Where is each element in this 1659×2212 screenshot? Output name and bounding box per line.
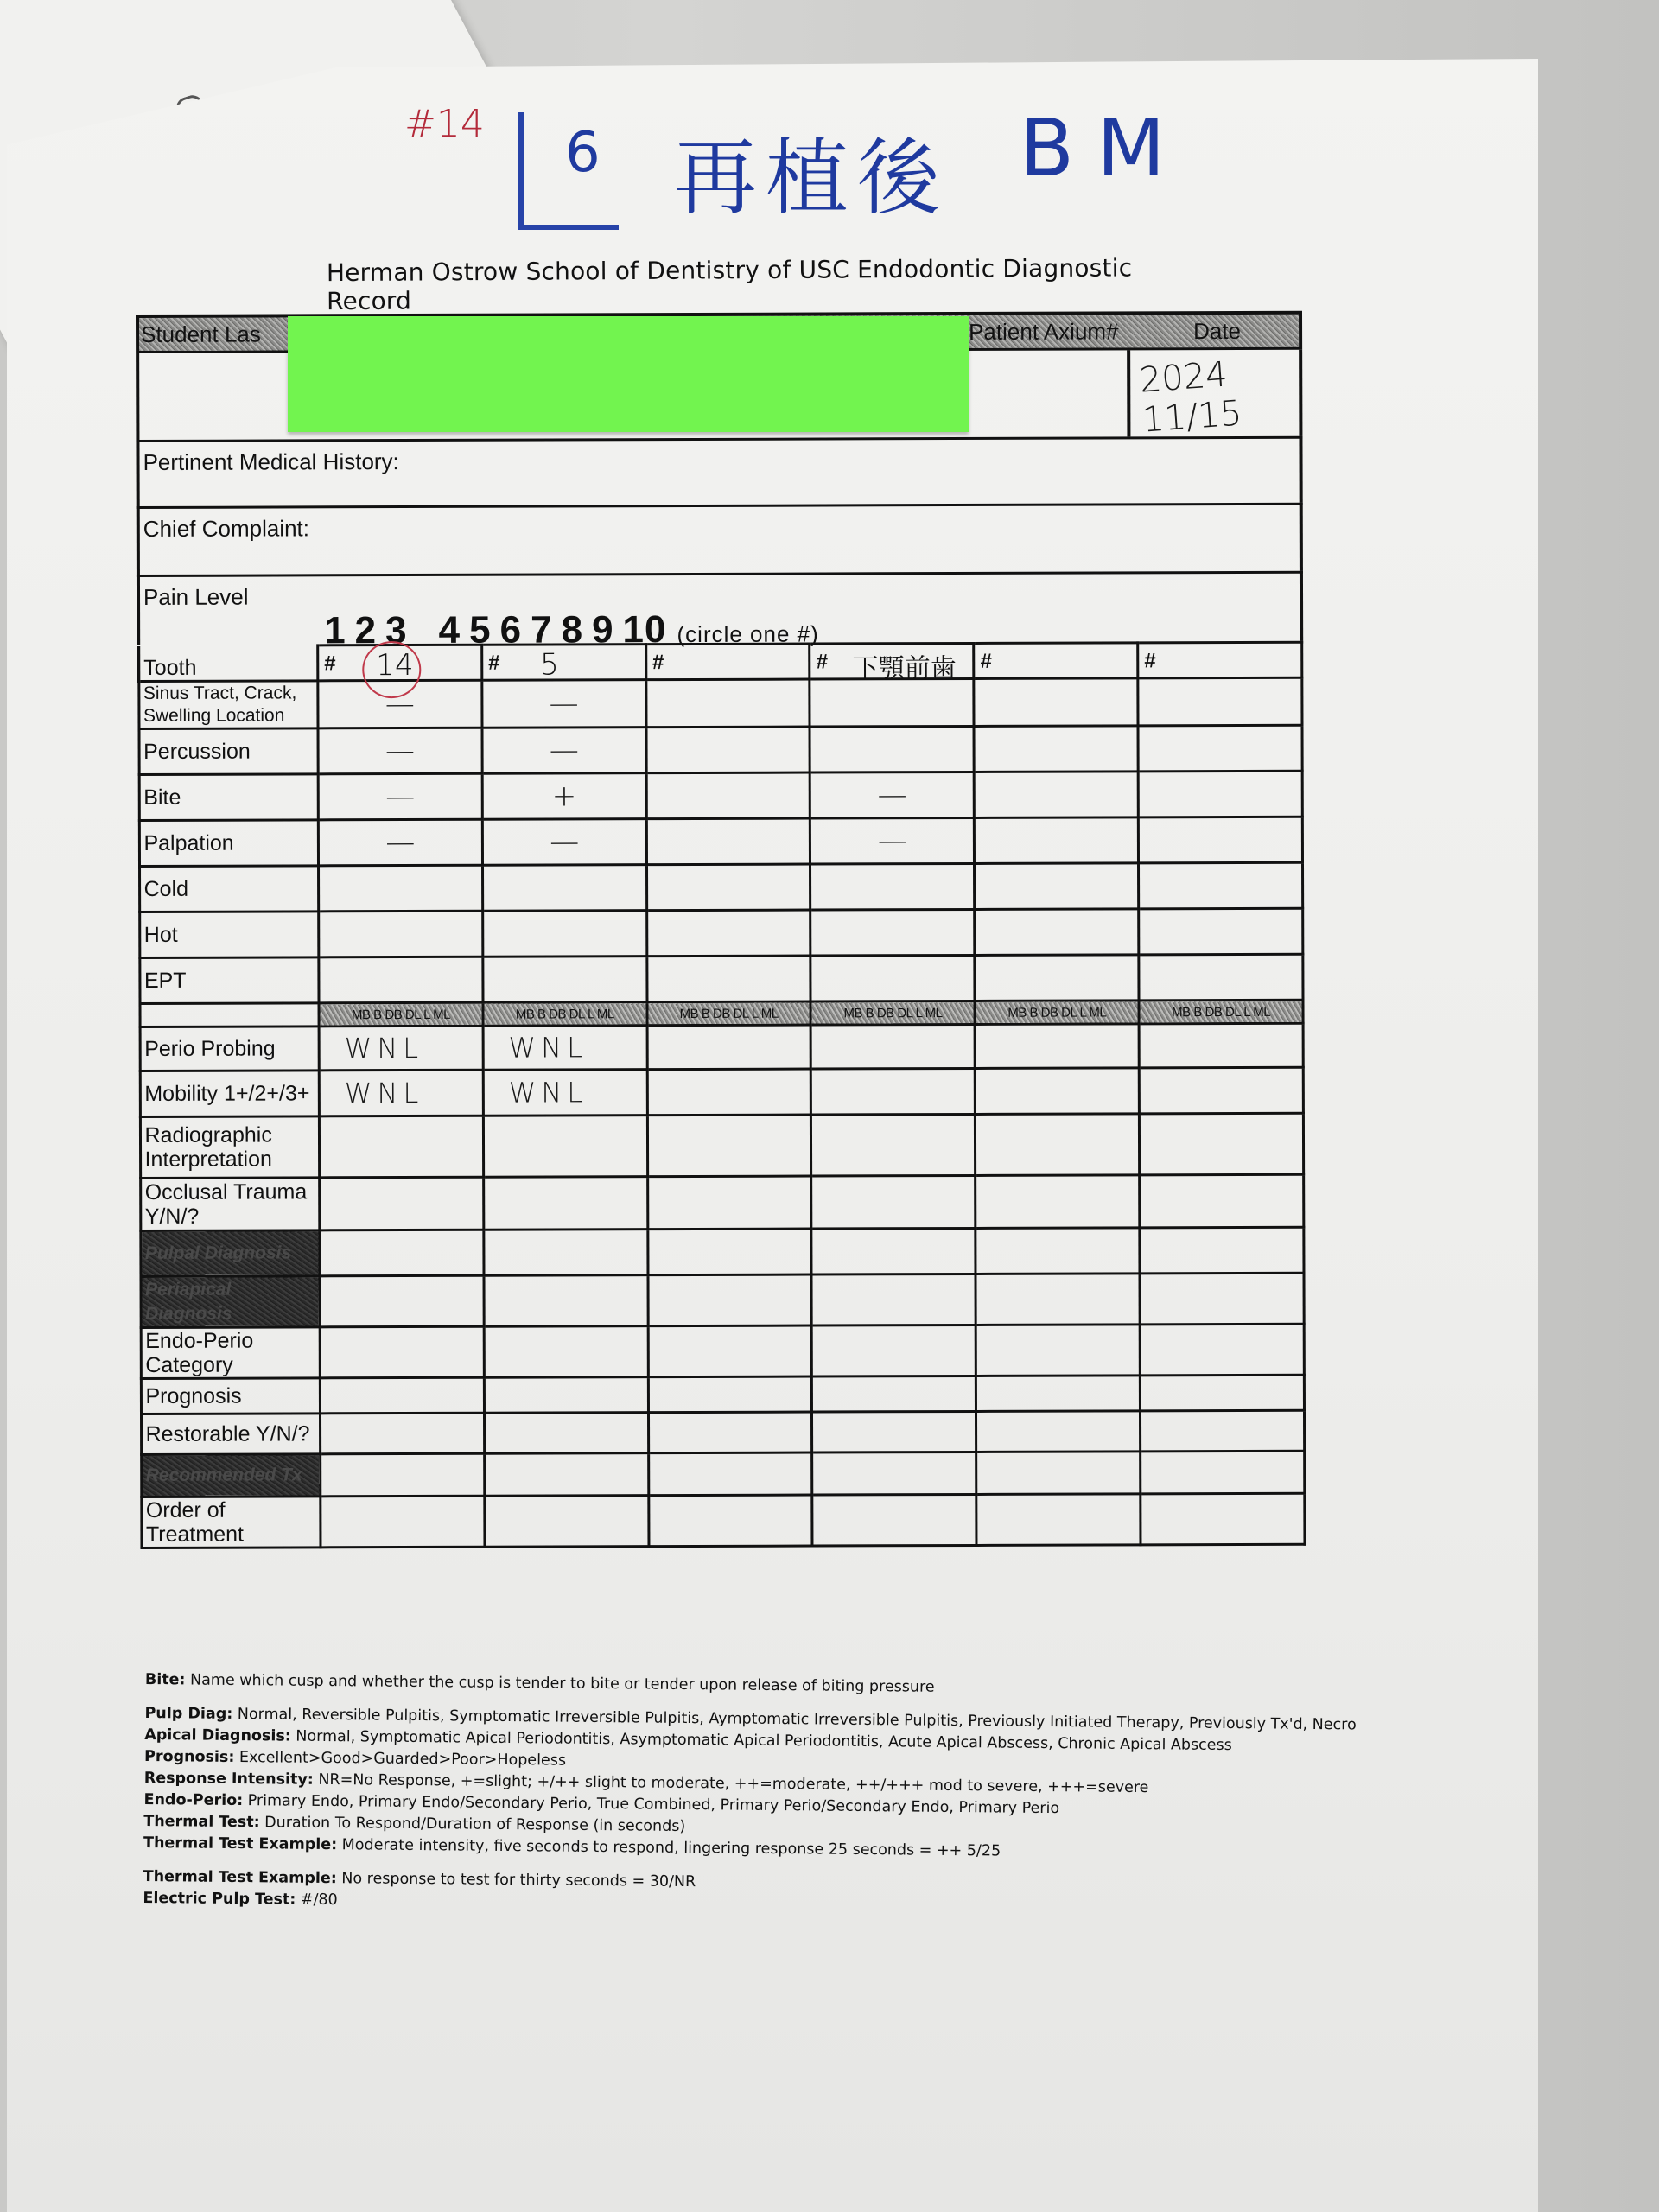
data-cell[interactable] [975,909,1139,956]
data-cell[interactable] [976,1325,1140,1376]
cell-value [650,1474,811,1475]
cell-value [321,1352,483,1353]
probing-sites-row: MB B DB DL L MLMB B DB DL L MLMB B DB DL… [140,1000,1304,1027]
cell-value [811,702,973,703]
tooth-row: Tooth#14#5##下顎前歯## [138,642,1302,681]
cell-value [648,842,810,842]
cell-value [649,1300,810,1301]
data-cell[interactable] [811,1274,976,1325]
data-cell[interactable] [812,1325,976,1376]
cell-value [977,1201,1139,1202]
data-cell[interactable] [1141,1493,1305,1545]
tooth-number-cell[interactable]: # [1138,642,1302,678]
data-cell[interactable] [812,1376,976,1412]
data-cell[interactable] [976,1376,1141,1412]
data-cell[interactable] [648,1452,812,1496]
cell-value [648,933,810,934]
data-cell[interactable]: — [318,728,482,774]
cell-value: — [320,825,481,861]
data-cell[interactable] [811,1228,976,1274]
cell-value: — [320,779,481,815]
data-cell[interactable]: WNL [319,1026,483,1071]
data-cell[interactable] [975,863,1139,910]
legend-notes: Bite: Name which cusp and whether the cu… [143,1671,1320,1923]
data-cell[interactable] [1138,725,1302,772]
cell-value [977,1350,1139,1351]
table-row: Mobility 1+/2+/3+WNLWNL [140,1067,1304,1116]
row-label: Hot [139,912,319,958]
data-cell[interactable] [319,865,483,912]
data-cell[interactable] [811,1114,976,1176]
cell-value [976,1144,1138,1145]
data-cell[interactable] [1139,908,1303,955]
data-cell[interactable] [1138,677,1302,726]
medical-history-label: Pertinent Medical History: [143,448,398,476]
cell-value [978,1519,1140,1520]
data-cell[interactable]: — [482,728,646,774]
cell-value [486,1433,647,1433]
cell-value [648,1047,810,1048]
cell-value [813,1202,975,1203]
tooth-number-cell[interactable]: # [645,644,810,680]
legend-text: No response to test for thirty seconds =… [337,1870,696,1891]
data-cell[interactable] [976,1114,1140,1176]
document-title: Herman Ostrow School of Dentistry of USC… [327,253,1217,315]
data-cell[interactable]: — [318,819,482,866]
table-row: Sinus Tract, Crack, Swelling Location—— [138,677,1302,728]
row-label: Radiographic Interpretation [140,1116,320,1179]
cell-value [321,1301,483,1302]
data-cell[interactable] [811,1175,976,1229]
row-label: Cold [139,866,319,912]
data-cell[interactable] [483,957,647,1003]
cell-value [1141,1046,1302,1046]
data-cell[interactable]: — [810,817,975,864]
cell-value [977,1431,1139,1432]
row-label: Prognosis [141,1378,321,1414]
data-cell[interactable] [320,1275,484,1327]
cell-value [321,1475,483,1476]
cell-value [813,1145,975,1146]
data-cell[interactable] [974,726,1138,772]
data-cell[interactable] [646,864,810,911]
cell-value [976,748,1137,749]
cell-value [1141,1250,1303,1251]
data-cell[interactable] [812,1411,976,1452]
data-cell[interactable] [484,1413,648,1454]
tooth-number-value: 14 [376,648,413,683]
data-cell[interactable] [811,1024,976,1069]
data-cell[interactable] [975,1024,1139,1069]
data-cell[interactable] [810,863,975,910]
data-cell[interactable] [320,1377,484,1414]
cell-value [812,978,974,979]
row-label: EPT [139,957,319,1004]
pain-level-label: Pain Level [143,584,249,611]
data-cell[interactable] [1139,954,1303,1001]
cell-value: — [483,733,645,768]
cell-value [1141,977,1302,978]
patient-axium-label: Patient Axium# [969,318,1119,346]
redaction-box [288,316,969,432]
cell-value [1141,1350,1303,1351]
table-row: Restorable Y/N/? [141,1410,1305,1454]
cell-value [1141,1090,1302,1091]
probing-sites-header: MB B DB DL L ML [1139,1000,1303,1024]
data-cell[interactable]: — [482,819,646,866]
cell-value: WNL [321,1077,482,1110]
cell-value [976,931,1138,932]
data-cell[interactable] [485,1496,649,1548]
legend-key: Pulp Diag: [144,1705,232,1723]
data-cell[interactable] [320,1177,484,1230]
cell-value [486,1351,647,1352]
data-cell[interactable] [482,911,646,957]
data-cell[interactable] [974,678,1138,727]
data-cell[interactable] [976,1274,1140,1325]
cell-value [811,749,973,750]
row-label: Sinus Tract, Crack, Swelling Location [138,681,318,729]
data-cell[interactable] [1139,1023,1303,1068]
handwritten-japanese-note: 再植後 [674,112,949,231]
data-cell[interactable] [1141,1375,1305,1411]
tooth-number-cell[interactable]: #下顎前歯 [810,643,974,679]
data-cell[interactable] [976,1411,1141,1452]
row-label: Perio Probing [140,1027,320,1071]
cell-value: WNL [321,1032,482,1065]
data-cell[interactable] [646,727,810,773]
cell-value [320,980,481,981]
table-row: Hot [139,908,1303,957]
probing-sites-header: MB B DB DL L ML [483,1002,647,1027]
data-cell[interactable] [484,1453,648,1497]
cell-value: WNL [485,1076,646,1109]
table-row: Occlusal Trauma Y/N/? [140,1174,1304,1230]
diagnostic-record-form: Student Las Patient Axium# Date 2024 11/… [136,311,1306,1549]
cell-value [486,1474,647,1475]
legend-text: #/80 [296,1891,338,1909]
cell-value [1141,1431,1303,1432]
hash-symbol: # [324,652,335,676]
data-cell[interactable] [976,1228,1140,1274]
data-cell[interactable]: — [482,680,646,728]
row-label: Mobility 1+/2+/3+ [140,1071,320,1117]
data-cell[interactable] [484,1377,648,1414]
cell-value [650,1395,811,1395]
data-cell[interactable] [646,772,810,819]
table-row: Endo-Perio Category [141,1324,1305,1378]
cell-value [484,979,645,980]
cell-value [813,1251,975,1252]
row-label: Pulpal Diagnosis [140,1230,320,1277]
cell-value [978,1472,1140,1473]
data-cell[interactable] [1139,1067,1303,1114]
data-cell[interactable] [812,1452,976,1495]
row-label: Bite [139,774,319,821]
data-cell[interactable]: — [810,772,975,818]
cell-value [814,1432,976,1433]
hash-symbol: # [488,652,499,676]
cell-value [485,1146,646,1147]
data-cell[interactable] [646,910,810,957]
data-cell[interactable] [647,1176,811,1230]
data-cell[interactable] [1140,1113,1304,1175]
data-cell[interactable] [484,1230,648,1276]
data-cell[interactable] [648,1376,812,1413]
row-label: Order of Treatment [141,1497,321,1548]
cell-value [650,1433,811,1433]
cell-value [649,1252,810,1253]
data-cell[interactable] [976,1068,1140,1115]
cell-value [321,1204,482,1205]
data-cell[interactable] [976,1175,1140,1229]
data-cell[interactable] [647,1025,811,1070]
data-cell[interactable]: + [482,773,646,820]
data-cell[interactable] [975,817,1139,864]
cell-value [976,886,1137,887]
data-cell[interactable] [1140,1174,1304,1228]
table-row: Percussion—— [139,725,1303,774]
legend-key: Response Intensity: [144,1770,314,1789]
data-cell[interactable] [976,1494,1141,1546]
cell-value [813,1394,975,1395]
cell-value [647,703,809,704]
cell-value [1140,794,1301,795]
probing-sites-header: MB B DB DL L ML [975,1001,1139,1025]
cell-value [484,933,645,934]
cell-value [813,1351,975,1351]
table-row: EPT [139,954,1303,1003]
cell-value [321,1253,482,1254]
row-label: Restorable Y/N/? [141,1414,321,1455]
hash-symbol: # [1144,649,1155,673]
tooth-number-cell[interactable]: #14 [318,645,482,681]
tooth-number-cell[interactable]: # [974,643,1138,679]
data-cell[interactable] [1141,1410,1305,1452]
data-cell[interactable] [810,955,975,1001]
cell-value [1140,702,1301,702]
data-cell[interactable] [810,909,975,956]
data-cell[interactable] [1141,1451,1305,1494]
cell-value [648,979,810,980]
cell-value [976,840,1137,841]
row-label: Occlusal Trauma Y/N/? [140,1178,320,1231]
table-row: Perio ProbingWNLWNL [140,1023,1304,1071]
cell-value [1140,931,1301,932]
cell-value: WNL [484,1031,645,1065]
cell-value [321,1522,483,1522]
data-cell[interactable]: WNL [483,1026,647,1071]
data-cell[interactable] [975,955,1139,1001]
tooth-number-value: 5 [540,647,559,682]
cell-value: — [483,686,645,721]
cell-value [977,1299,1139,1300]
data-cell[interactable] [1138,817,1302,863]
probing-sites-header: MB B DB DL L ML [810,1001,975,1025]
data-cell[interactable] [1140,1324,1304,1376]
probing-sites-header: MB B DB DL L ML [319,1002,483,1027]
cell-value [812,932,974,933]
legend-key: Thermal Test Example: [143,1868,337,1887]
cell-value: — [319,687,480,722]
table-row: Radiographic Interpretation [140,1113,1304,1178]
student-last-name-label: Student Las [141,321,261,348]
cell-value [812,1091,974,1092]
cell-value [648,887,810,888]
probing-sites-header: MB B DB DL L ML [647,1001,811,1026]
data-cell[interactable] [320,1230,484,1276]
cell-value: — [320,734,481,769]
data-cell[interactable] [810,678,974,727]
data-cell[interactable] [811,1068,976,1115]
cell-value [320,934,481,935]
legend-key: Prognosis: [144,1748,235,1766]
date-label: Date [1193,318,1241,345]
cell-value [321,1395,483,1396]
data-cell[interactable] [648,1412,812,1453]
table-row: Pulpal Diagnosis [140,1227,1304,1276]
table-row: Cold [139,862,1303,912]
tooth-label: Tooth [143,656,196,680]
data-cell[interactable]: — [318,680,482,728]
data-cell[interactable]: WNL [483,1070,647,1116]
cell-value [484,887,645,888]
cell-value [1141,1144,1302,1145]
cell-value [321,1433,483,1434]
data-cell[interactable] [483,1116,647,1178]
cell-value [812,887,974,887]
legend-key: Bite: [145,1671,186,1688]
legend-text: Duration To Respond/Duration of Response… [260,1814,686,1835]
cell-value [648,1092,810,1093]
cell-value [977,1393,1139,1394]
cell-value [649,1351,810,1352]
table-row: Periapical Diagnosis [140,1273,1304,1327]
hash-symbol: # [817,650,828,674]
cell-value [649,1146,810,1147]
legend-key: Endo-Perio: [143,1791,243,1809]
data-cell[interactable] [976,1452,1141,1495]
data-cell[interactable] [645,679,810,728]
data-cell[interactable] [320,1413,484,1454]
cell-value [976,794,1137,795]
cell-value [486,1521,647,1522]
table-row: Recommended Tx [141,1451,1305,1497]
cell-value: — [811,778,973,813]
data-cell[interactable] [974,772,1138,818]
handwritten-quadrant-tooth: 6 [565,121,601,185]
cell-value [1140,840,1301,841]
tooth-label-cell: Tooth [138,645,318,682]
cell-value [976,1090,1138,1091]
hash-symbol: # [652,651,664,675]
legend-key: Thermal Test: [143,1813,259,1831]
cell-value [1141,1393,1303,1394]
chief-complaint-field[interactable]: Chief Complaint: [137,503,1303,575]
data-cell[interactable] [321,1453,485,1497]
cell-value [485,1203,646,1204]
cell-value [977,1250,1139,1251]
data-cell[interactable] [647,1069,811,1116]
hash-symbol: # [981,650,992,674]
data-cell[interactable] [483,1177,647,1230]
table-row: Prognosis [141,1375,1305,1414]
pain-level-field: Pain Level 12345678910(circle one #) [137,571,1303,645]
probing-sites-label-cell [140,1003,320,1027]
data-cell[interactable] [1139,862,1303,909]
cell-value: — [811,823,973,859]
cell-value [1141,1472,1303,1473]
legend-text: Excellent>Good>Guarded>Poor>Hopeless [234,1749,566,1770]
cell-value [813,1300,975,1300]
tooth-number-cell[interactable]: #5 [482,645,646,681]
cell-value [485,1252,646,1253]
cell-value [647,750,809,751]
cell-value [1140,748,1301,749]
data-cell[interactable] [319,957,483,1003]
data-cell[interactable] [646,956,810,1002]
table-row: Order of Treatment [141,1493,1305,1548]
date-value: 2024 11/15 [1138,350,1301,441]
data-cell[interactable] [648,1325,812,1377]
data-cell[interactable] [320,1326,484,1378]
data-cell[interactable]: WNL [319,1070,483,1116]
row-label: Recommended Tx [141,1454,321,1497]
date-field[interactable]: 2024 11/15 [1127,350,1299,437]
data-cell[interactable] [482,865,646,912]
row-label: Palpation [139,820,319,867]
data-cell[interactable] [484,1275,648,1327]
row-label: Percussion [139,728,319,775]
data-cell[interactable] [319,1116,483,1178]
cell-value [1141,1201,1302,1202]
data-cell[interactable] [319,911,483,957]
cell-value [814,1473,976,1474]
row-label: Endo-Perio Category [141,1327,321,1379]
cell-value: — [484,824,645,860]
cell-value [976,702,1137,702]
data-cell[interactable] [810,726,974,772]
cell-value [976,1046,1138,1046]
data-cell[interactable] [321,1496,485,1548]
data-cell[interactable] [484,1326,648,1378]
data-cell[interactable] [648,1274,812,1326]
cell-value [486,1395,647,1395]
data-cell[interactable]: — [318,773,482,820]
cell-value [812,1046,974,1047]
cell-value [649,1203,810,1204]
data-cell[interactable] [812,1494,976,1546]
cell-value [814,1520,976,1521]
data-cell[interactable] [1140,1273,1304,1325]
row-label: Periapical Diagnosis [140,1276,320,1328]
diagnostic-grid: Tooth#14#5##下顎前歯##Sinus Tract, Crack, Sw… [137,641,1306,1549]
cell-value [321,1147,482,1147]
handwritten-quadrant-symbol: 6 [518,112,619,230]
data-cell[interactable] [1140,1227,1304,1274]
data-cell[interactable] [1138,771,1302,817]
data-cell[interactable] [647,1115,811,1177]
handwritten-tooth-note: #14 [404,102,485,146]
cell-value [320,888,481,889]
data-cell[interactable] [648,1495,812,1547]
table-row: Palpation——— [139,817,1303,866]
cell-value [485,1300,646,1301]
medical-history-field[interactable]: Pertinent Medical History: [136,436,1302,506]
data-cell[interactable] [647,1229,811,1275]
data-cell[interactable] [646,818,810,865]
cell-value: + [484,779,645,814]
